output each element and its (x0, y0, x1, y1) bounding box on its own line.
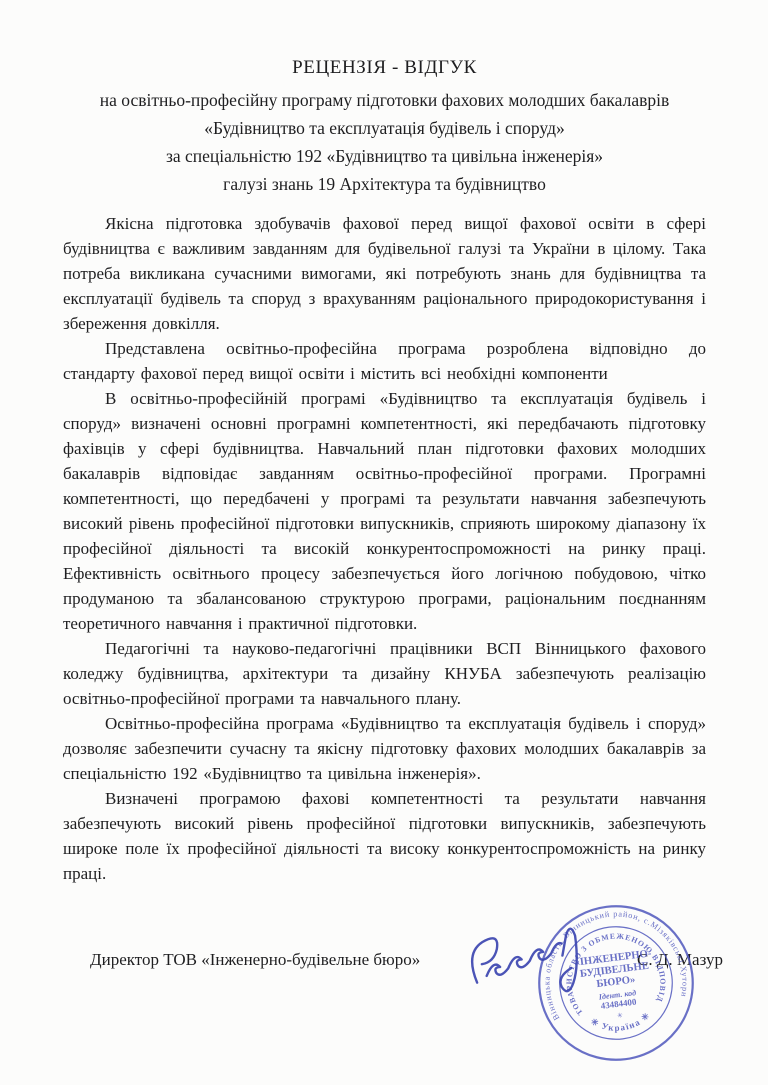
scanned-document-page: РЕЦЕНЗІЯ - ВІДГУК на освітньо-професійну… (0, 0, 768, 1085)
paragraph: Освітньо-професійна програма «Будівництв… (63, 711, 706, 786)
signature-role-label: Директор ТОВ «Інженерно-будівельне бюро» (90, 950, 420, 970)
paragraph: Педагогічні та науково-педагогічні праці… (63, 636, 706, 711)
paragraph: Представлена освітньо-професійна програм… (63, 336, 706, 386)
document-subtitle-line: за спеціальністю 192 «Будівництво та цив… (63, 142, 706, 170)
document-subtitle-line: «Будівництво та експлуатація будівель і … (63, 114, 706, 142)
stamp-star: ✳ (617, 1011, 624, 1020)
document-content: РЕЦЕНЗІЯ - ВІДГУК на освітньо-професійну… (0, 0, 768, 886)
document-body: Якісна підготовка здобувачів фахової пер… (63, 211, 706, 886)
document-title: РЕЦЕНЗІЯ - ВІДГУК (63, 57, 706, 79)
paragraph: Якісна підготовка здобувачів фахової пер… (63, 211, 706, 336)
paragraph: Визначені програмою фахові компетентност… (63, 786, 706, 886)
document-subtitle-line: на освітньо-професійну програму підготов… (63, 86, 706, 114)
document-subtitle-line: галузі знань 19 Архітектура та будівницт… (63, 170, 706, 198)
handwritten-signature-icon (459, 911, 598, 1020)
paragraph: В освітньо-професійній програмі «Будівни… (63, 386, 706, 636)
